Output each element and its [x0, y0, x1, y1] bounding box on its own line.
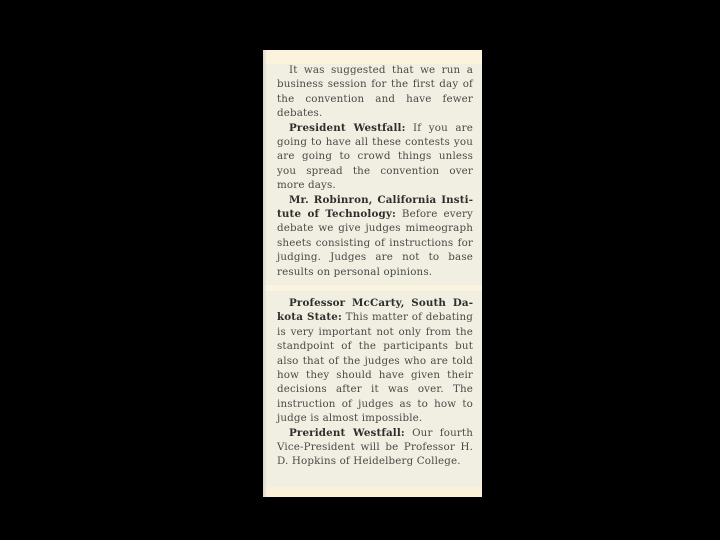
scanned-page: It was suggested that we run a business … [263, 50, 482, 497]
viewer-stage: It was suggested that we run a business … [0, 0, 720, 540]
page-bottom-margin [263, 487, 482, 497]
paragraph-westfall-1: President Westfall: If you are going to … [277, 121, 473, 193]
paragraph-mccarty: Professor McCarty, South Da­kota State: … [277, 296, 473, 426]
page-edge-shadow [263, 50, 267, 497]
paragraph-text: This matter of debat­ing is very importa… [277, 311, 473, 424]
paragraph-westfall-2: Prerident Westfall: Our fourth Vice-Pres… [277, 426, 473, 469]
paragraph-suggestion: It was suggested that we run a business … [277, 63, 473, 121]
speaker-label: Prerident Westfall: [289, 427, 405, 439]
lower-text-column: Professor McCarty, South Da­kota State: … [277, 296, 473, 469]
upper-text-column: It was suggested that we run a business … [277, 63, 473, 279]
paragraph-text: It was suggested that we run a business … [277, 64, 473, 119]
clip-separator [263, 285, 482, 291]
speaker-label: President Westfall: [289, 122, 406, 134]
paragraph-robinron: Mr. Robinron, California Insti­tute of T… [277, 193, 473, 279]
page-top-margin [263, 50, 482, 64]
